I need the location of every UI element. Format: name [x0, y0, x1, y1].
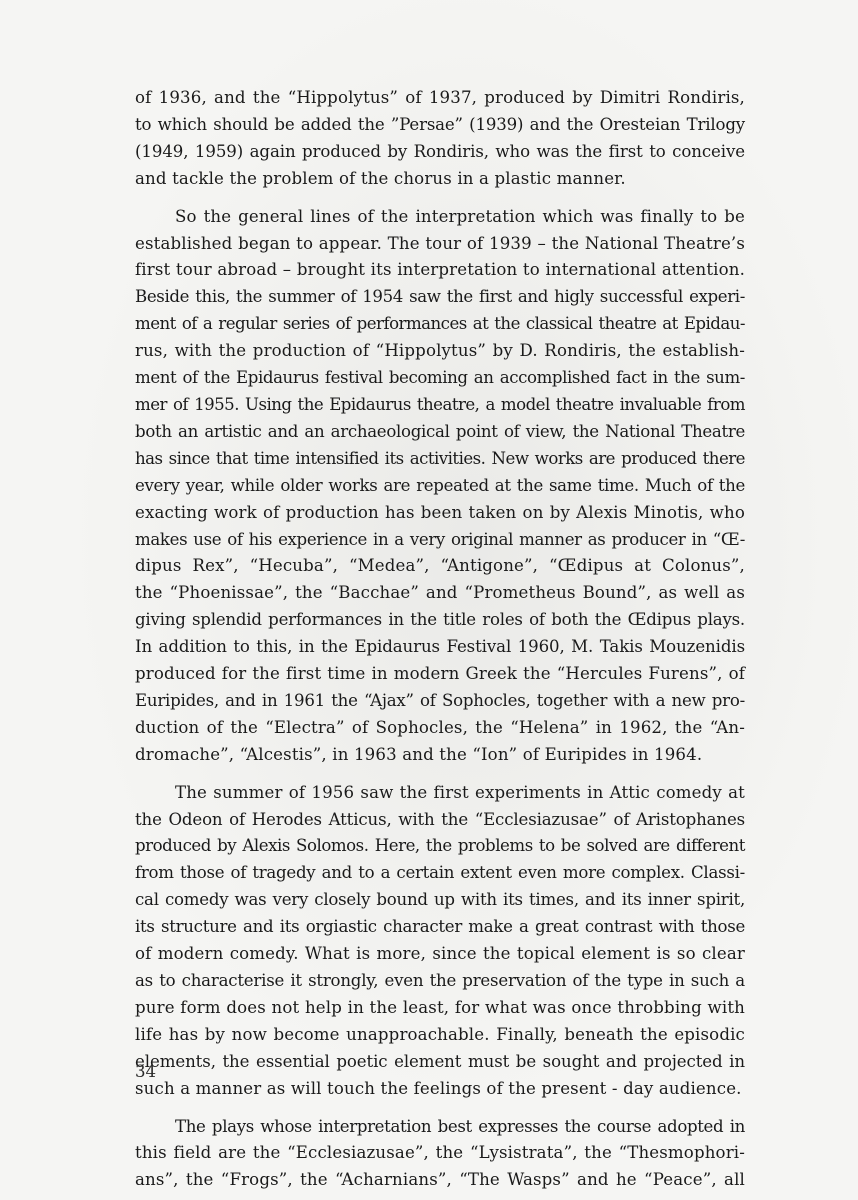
text-line: rus, with the production of “Hippolytus”… — [135, 338, 745, 365]
text-line: mer of 1955. Using the Epidaurus theatre… — [135, 392, 745, 419]
text-line: The plays whose interpretation best expr… — [135, 1114, 745, 1141]
text-line: exacting work of production has been tak… — [135, 500, 745, 527]
text-line: dipus Rex”, “Hecuba”, “Medea”, “Antigone… — [135, 553, 745, 580]
text-line: every year, while older works are repeat… — [135, 473, 745, 500]
text-line: established began to appear. The tour of… — [135, 231, 745, 258]
text-line: Beside this, the summer of 1954 saw the … — [135, 284, 745, 311]
paragraph: The plays whose interpretation best expr… — [135, 1114, 745, 1195]
text-line: the Odeon of Herodes Atticus, with the “… — [135, 807, 745, 834]
text-line: makes use of his experience in a very or… — [135, 527, 745, 554]
text-line: elements, the essential poetic element m… — [135, 1049, 745, 1076]
text-line: life has by now become unapproachable. F… — [135, 1022, 745, 1049]
text-line: So the general lines of the interpretati… — [135, 204, 745, 231]
text-line: first tour abroad – brought its interpre… — [135, 257, 745, 284]
text-line: produced by Alexis Solomos. Here, the pr… — [135, 833, 745, 860]
text-line: ment of a regular series of performances… — [135, 311, 745, 338]
text-line: pure form does not help in the least, fo… — [135, 995, 745, 1022]
paragraph: of 1936, and the “Hippolytus” of 1937, p… — [135, 85, 745, 193]
text-line: The summer of 1956 saw the first experim… — [135, 780, 745, 807]
text-line: this field are the “Ecclesiazusae”, the … — [135, 1140, 745, 1167]
text-line: ans”, the “Frogs”, the “Acharnians”, “Th… — [135, 1167, 745, 1194]
document-page: of 1936, and the “Hippolytus” of 1937, p… — [0, 0, 858, 1200]
text-line: In addition to this, in the Epidaurus Fe… — [135, 634, 745, 661]
text-line: cal comedy was very closely bound up wit… — [135, 887, 745, 914]
paragraph: So the general lines of the interpretati… — [135, 204, 745, 769]
text-line: (1949, 1959) again produced by Rondiris,… — [135, 139, 745, 166]
text-line: the “Phoenissae”, the “Bacchae” and “Pro… — [135, 580, 745, 607]
body-text: of 1936, and the “Hippolytus” of 1937, p… — [135, 85, 745, 1200]
text-line: such a manner as will touch the feelings… — [135, 1076, 745, 1103]
text-line: Euripides, and in 1961 the “Ajax” of Sop… — [135, 688, 745, 715]
text-line: from those of tragedy and to a certain e… — [135, 860, 745, 887]
text-line: to which should be added the ”Persae” (1… — [135, 112, 745, 139]
text-line: has since that time intensified its acti… — [135, 446, 745, 473]
text-line: giving splendid performances in the titl… — [135, 607, 745, 634]
text-line: both an artistic and an archaeological p… — [135, 419, 745, 446]
text-line: of modern comedy. What is more, since th… — [135, 941, 745, 968]
paragraph: The summer of 1956 saw the first experim… — [135, 780, 745, 1103]
text-line: produced for the first time in modern Gr… — [135, 661, 745, 688]
text-line: duction of the “Electra” of Sophocles, t… — [135, 715, 745, 742]
text-line: as to characterise it strongly, even the… — [135, 968, 745, 995]
text-line: of 1936, and the “Hippolytus” of 1937, p… — [135, 85, 745, 112]
text-line: dromache”, “Alcestis”, in 1963 and the “… — [135, 742, 745, 769]
page-number: 34 — [135, 1062, 156, 1081]
text-line: ment of the Epidaurus festival becoming … — [135, 365, 745, 392]
text-line: and tackle the problem of the chorus in … — [135, 166, 745, 193]
text-line: its structure and its orgiastic characte… — [135, 914, 745, 941]
